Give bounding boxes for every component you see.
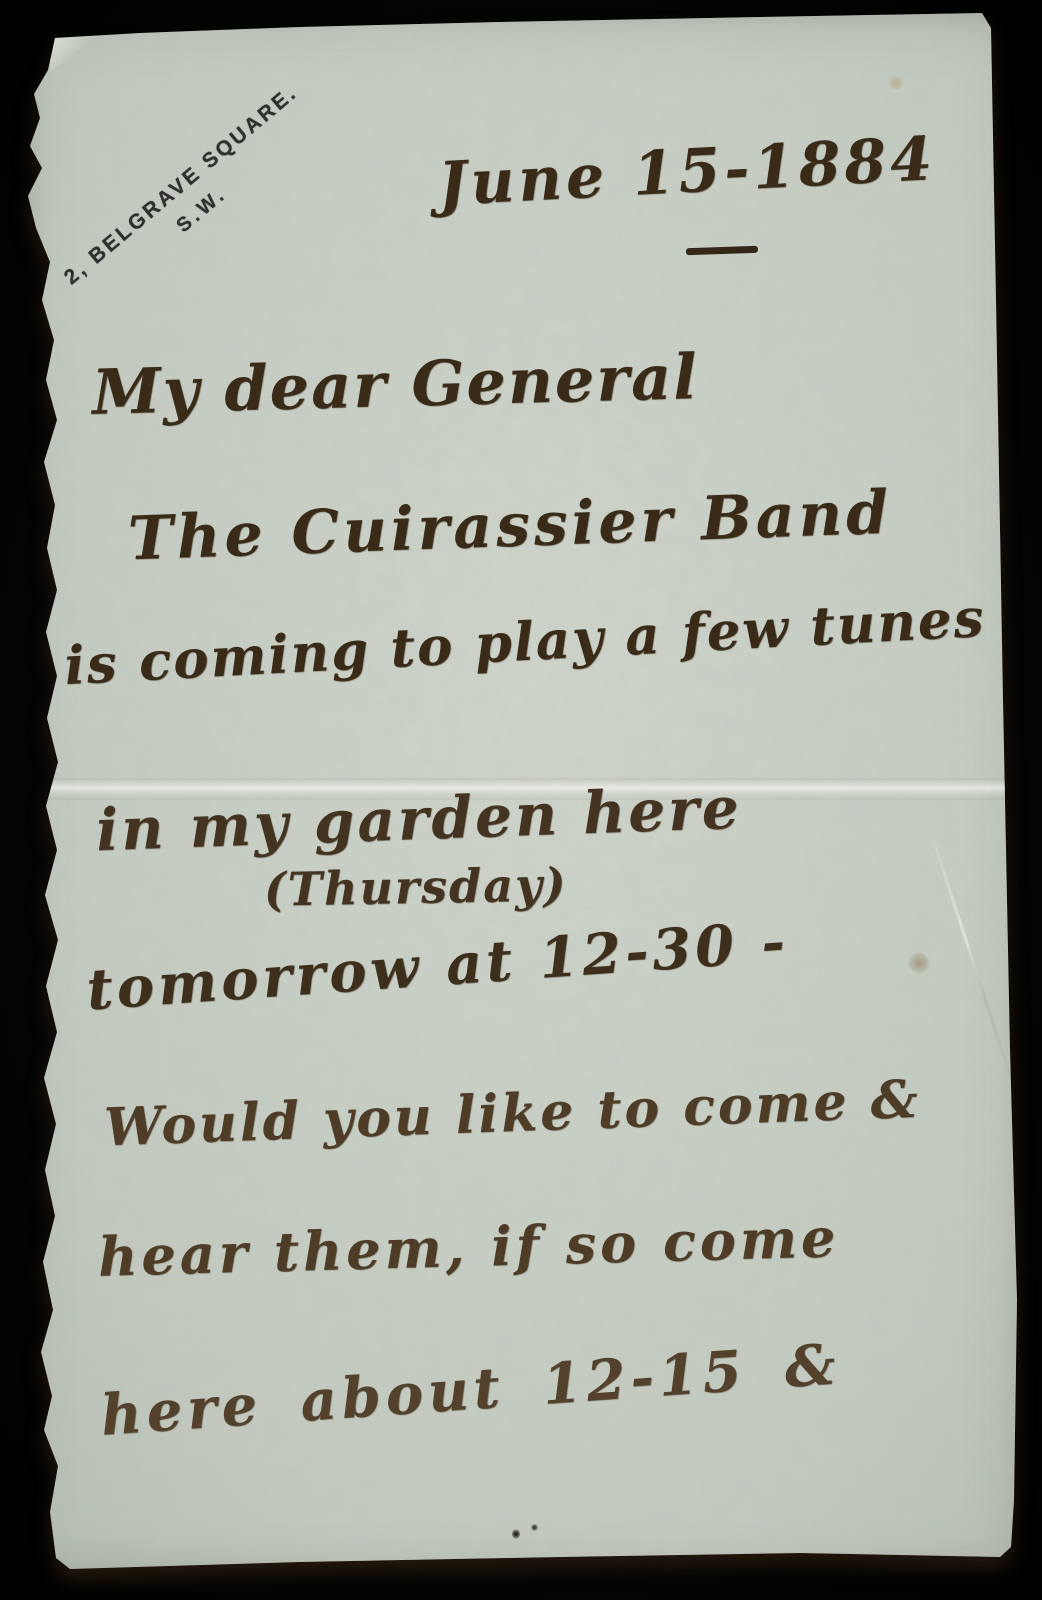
paper-shadow-wrap: 2, BELGRAVE SQUARE. S.W. June 15-1884 My… bbox=[0, 0, 1042, 1600]
handwritten-insertion: (Thursday) bbox=[264, 861, 568, 912]
photo-background: 2, BELGRAVE SQUARE. S.W. June 15-1884 My… bbox=[0, 0, 1042, 1600]
handwritten-salutation: My dear General bbox=[91, 346, 699, 424]
stain-spot bbox=[996, 326, 1008, 338]
letter-paper: 2, BELGRAVE SQUARE. S.W. June 15-1884 My… bbox=[0, 0, 1042, 1600]
